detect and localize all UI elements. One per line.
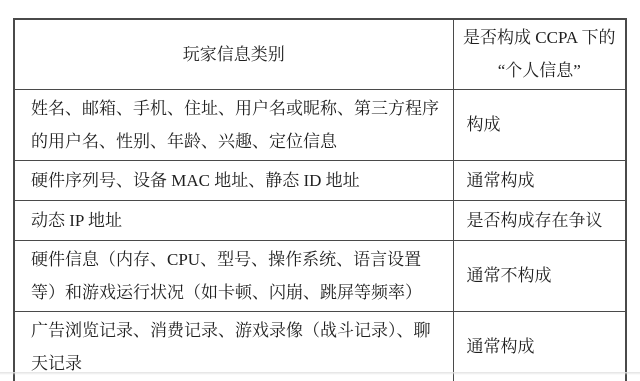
- ccpa-personal-info-table: 玩家信息类别 是否构成 CCPA 下的 “个人信息” 姓名、邮箱、手机、住址、用…: [13, 18, 627, 381]
- status-cell: 是否构成存在争议: [453, 200, 626, 240]
- status-cell: 通常构成: [453, 311, 626, 381]
- header-status-line1: 是否构成 CCPA 下的: [460, 21, 620, 54]
- category-cell: 硬件信息（内存、CPU、型号、操作系统、语言设置等）和游戏运行状况（如卡顿、闪崩…: [14, 240, 453, 311]
- category-cell: 广告浏览记录、消费记录、游戏录像（战斗记录）、聊天记录: [14, 311, 453, 381]
- header-category: 玩家信息类别: [14, 19, 453, 89]
- table-row: 硬件信息（内存、CPU、型号、操作系统、语言设置等）和游戏运行状况（如卡顿、闪崩…: [14, 240, 626, 311]
- table-header-row: 玩家信息类别 是否构成 CCPA 下的 “个人信息”: [14, 19, 626, 89]
- table-row: 广告浏览记录、消费记录、游戏录像（战斗记录）、聊天记录 通常构成: [14, 311, 626, 381]
- category-cell: 姓名、邮箱、手机、住址、用户名或昵称、第三方程序的用户名、性别、年龄、兴趣、定位…: [14, 89, 453, 160]
- category-cell: 动态 IP 地址: [14, 200, 453, 240]
- status-cell: 通常不构成: [453, 240, 626, 311]
- table-row: 硬件序列号、设备 MAC 地址、静态 ID 地址 通常构成: [14, 160, 626, 200]
- page-edge-shadow: [0, 372, 640, 375]
- header-status: 是否构成 CCPA 下的 “个人信息”: [453, 19, 626, 89]
- table-row: 姓名、邮箱、手机、住址、用户名或昵称、第三方程序的用户名、性别、年龄、兴趣、定位…: [14, 89, 626, 160]
- status-cell: 构成: [453, 89, 626, 160]
- category-cell: 硬件序列号、设备 MAC 地址、静态 ID 地址: [14, 160, 453, 200]
- header-status-line2: “个人信息”: [460, 54, 620, 87]
- document-page: 玩家信息类别 是否构成 CCPA 下的 “个人信息” 姓名、邮箱、手机、住址、用…: [0, 0, 640, 381]
- table-row: 动态 IP 地址 是否构成存在争议: [14, 200, 626, 240]
- status-cell: 通常构成: [453, 160, 626, 200]
